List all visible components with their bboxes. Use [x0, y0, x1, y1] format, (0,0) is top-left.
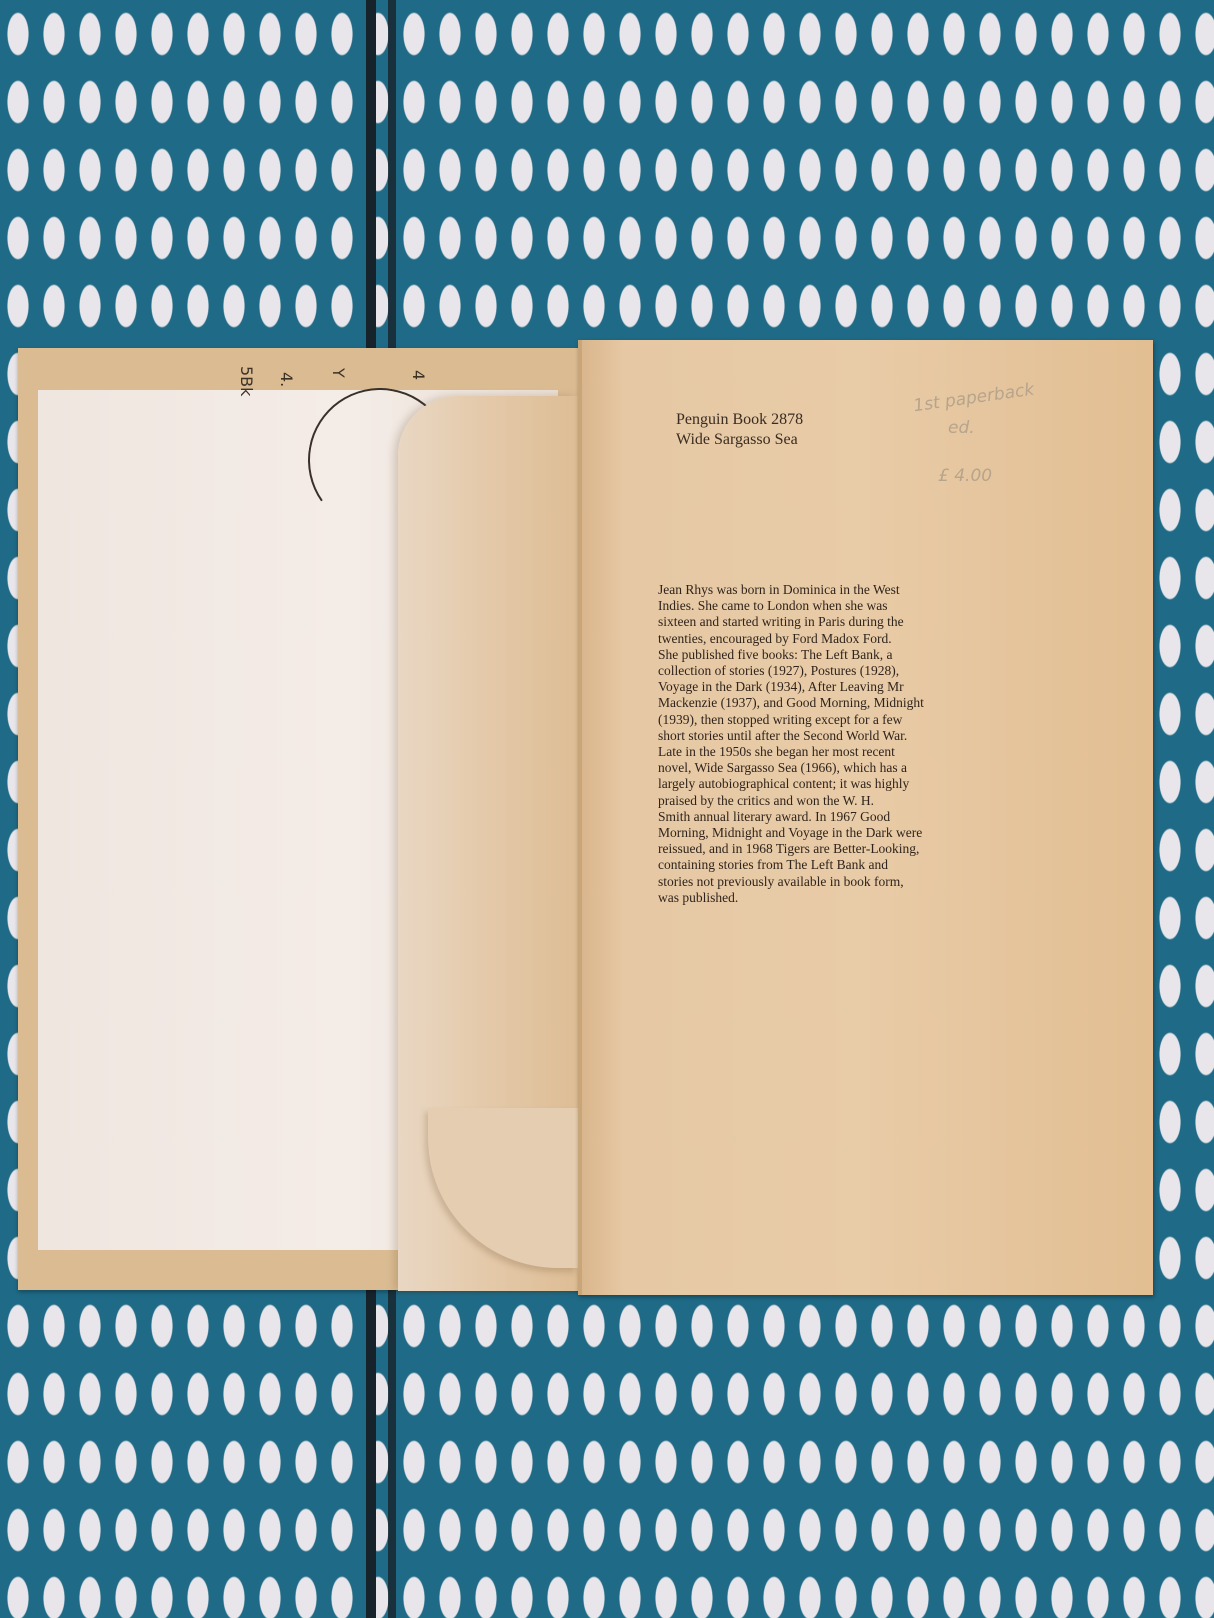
bio-line: sixteen and started writing in Paris dur… [658, 614, 978, 630]
handwriting-note: 5Bk [237, 366, 256, 396]
author-bio: Jean Rhys was born in Dominica in the We… [658, 582, 978, 906]
left-inside-cover: 5Bk 4. Y 4 [18, 348, 590, 1290]
pencil-note: 1st paperback [912, 380, 1035, 417]
bio-line: novel, Wide Sargasso Sea (1966), which h… [658, 760, 978, 776]
bio-line: Late in the 1950s she began her most rec… [658, 744, 978, 760]
series-line: Penguin Book 2878 [676, 410, 803, 430]
pencil-note: £ 4.00 [938, 466, 992, 486]
bio-line: reissued, and in 1968 Tigers are Better-… [658, 841, 978, 857]
bio-line: Mackenzie (1937), and Good Morning, Midn… [658, 695, 978, 711]
pencil-note: ed. [948, 418, 975, 438]
bio-line: Smith annual literary award. In 1967 Goo… [658, 809, 978, 825]
bio-line: was published. [658, 890, 978, 906]
title-page: Penguin Book 2878 Wide Sargasso Sea 1st … [578, 340, 1153, 1295]
bio-line: largely autobiographical content; it was… [658, 776, 978, 792]
handwriting-note: 4. [277, 372, 296, 387]
handwriting-note: 4 [409, 370, 428, 380]
book-gutter [578, 340, 582, 1295]
bio-line: Jean Rhys was born in Dominica in the We… [658, 582, 978, 598]
bio-line: short stories until after the Second Wor… [658, 728, 978, 744]
bio-line: She published five books: The Left Bank,… [658, 647, 978, 663]
handwriting-note: Y [329, 368, 348, 378]
open-book: 5Bk 4. Y 4 Penguin Book 2878 Wide Sargas… [18, 340, 1153, 1295]
bio-line: collection of stories (1927), Postures (… [658, 663, 978, 679]
bio-line: stories not previously available in book… [658, 874, 978, 890]
bio-line: Voyage in the Dark (1934), After Leaving… [658, 679, 978, 695]
bio-line: Indies. She came to London when she was [658, 598, 978, 614]
bio-line: praised by the critics and won the W. H. [658, 793, 978, 809]
bio-line: (1939), then stopped writing except for … [658, 712, 978, 728]
bio-line: Morning, Midnight and Voyage in the Dark… [658, 825, 978, 841]
bio-line: twenties, encouraged by Ford Madox Ford. [658, 631, 978, 647]
page-header: Penguin Book 2878 Wide Sargasso Sea [676, 410, 803, 450]
title-line: Wide Sargasso Sea [676, 430, 803, 450]
bio-line: containing stories from The Left Bank an… [658, 857, 978, 873]
